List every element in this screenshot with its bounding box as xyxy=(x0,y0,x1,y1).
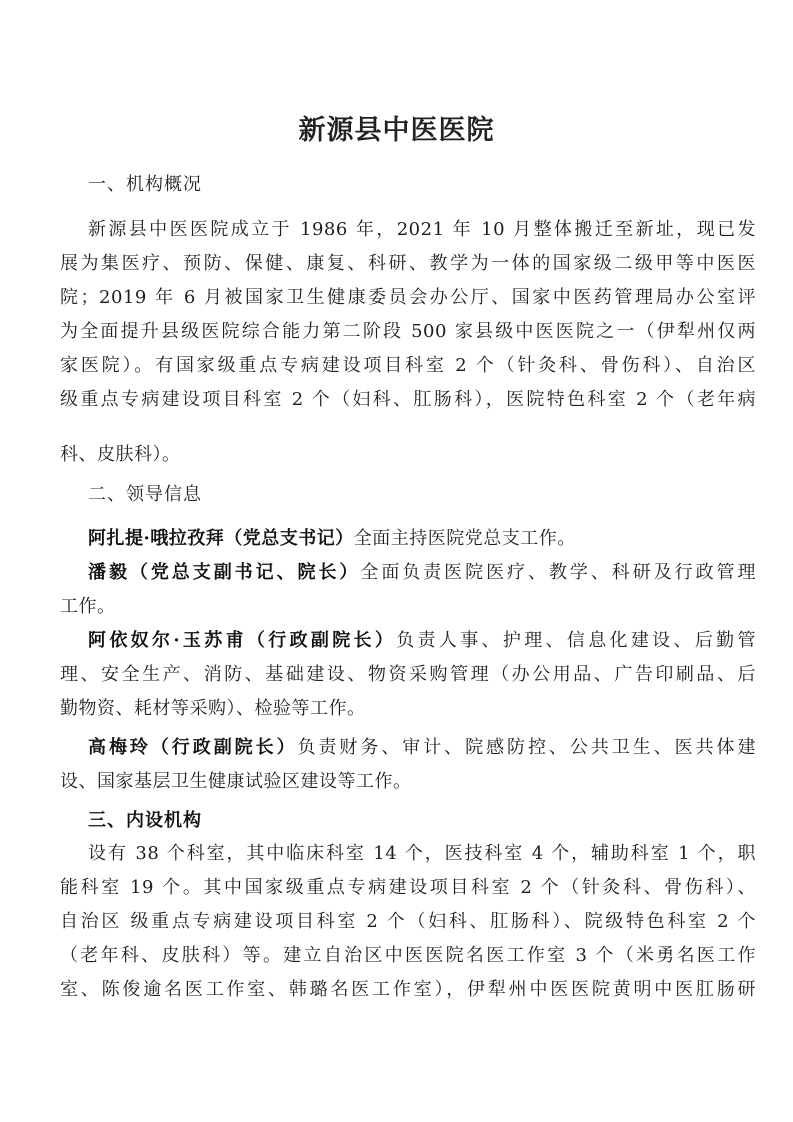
paragraph-line: 展为集医疗、预防、保健、康复、科研、教学为一体的国家级二级甲等中医医 xyxy=(60,253,756,275)
paragraph-line: 级重点专病建设项目科室 2 个（妇科、肛肠科），医院特色科室 2 个（老年病 xyxy=(60,389,756,411)
paragraph-line: 院；2019 年 6 月被国家卫生健康委员会办公厅、国家中医药管理局办公室评 xyxy=(60,287,756,309)
leader-duties: 负责人事、护理、信息化建设、后勤管 xyxy=(396,630,756,651)
leader-entry: 高梅玲（行政副院长）负责财务、审计、院感防控、公共卫生、医共体建 xyxy=(88,737,756,759)
leader-name-role: 潘毅（党总支副书记、院长） xyxy=(88,562,360,583)
section-heading-overview: 一、机构概况 xyxy=(88,170,202,196)
leader-duties: 全面负责医院医疗、教学、科研及行政管理 xyxy=(360,562,756,583)
paragraph-line: 能科室 19 个。其中国家级重点专病建设项目科室 2 个（针灸科、骨伤科）、 xyxy=(60,877,756,899)
paragraph-line: 室、陈俊逾名医工作室、韩璐名医工作室），伊犁州中医医院黄明中医肛肠研 xyxy=(60,979,756,1001)
leader-duties: 全面主持医院党总支工作。 xyxy=(354,528,576,549)
paragraph-line: 科、皮肤科）。 xyxy=(60,444,756,466)
section-heading-departments: 三、内设机构 xyxy=(88,806,202,832)
leader-name-role: 阿扎提·哦拉孜拜（党总支书记） xyxy=(88,528,354,549)
leader-duties: 负责财务、审计、院感防控、公共卫生、医共体建 xyxy=(298,737,756,758)
leader-entry: 潘毅（党总支副书记、院长）全面负责医院医疗、教学、科研及行政管理 xyxy=(88,562,756,584)
paragraph-line: 工作。 xyxy=(60,596,756,618)
paragraph-line: 理、安全生产、消防、基础建设、物资采购管理（办公用品、广告印刷品、后 xyxy=(60,664,756,686)
paragraph-line: （老年科、皮肤科）等。建立自治区中医医院名医工作室 3 个（米勇名医工作 xyxy=(60,945,756,967)
paragraph-line: 家医院）。有国家级重点专病建设项目科室 2 个（针灸科、骨伤科）、自治区 xyxy=(60,355,756,377)
paragraph-line: 新源县中医医院成立于 1986 年，2021 年 10 月整体搬迁至新址，现已发 xyxy=(88,219,756,241)
leader-entry: 阿依奴尔·玉苏甫（行政副院长）负责人事、护理、信息化建设、后勤管 xyxy=(88,630,756,652)
leader-name-role: 高梅玲（行政副院长） xyxy=(88,737,298,758)
paragraph-line: 自治区 级重点专病建设项目科室 2 个（妇科、肛肠科）、院级特色科室 2 个 xyxy=(60,911,756,933)
leader-name-role: 阿依奴尔·玉苏甫（行政副院长） xyxy=(88,630,396,651)
paragraph-line: 为全面提升县级医院综合能力第二阶段 500 家县级中医医院之一（伊犁州仅两 xyxy=(60,321,756,343)
paragraph-line: 设、国家基层卫生健康试验区建设等工作。 xyxy=(60,771,756,793)
section-heading-leadership: 二、领导信息 xyxy=(88,480,202,506)
leader-entry: 阿扎提·哦拉孜拜（党总支书记）全面主持医院党总支工作。 xyxy=(88,528,756,550)
paragraph-line: 勤物资、耗材等采购）、检验等工作。 xyxy=(60,698,756,720)
document-page: 新源县中医医院 一、机构概况 新源县中医医院成立于 1986 年，2021 年 … xyxy=(0,0,793,1122)
paragraph-line: 设有 38 个科室，其中临床科室 14 个，医技科室 4 个，辅助科室 1 个，… xyxy=(88,843,756,865)
page-title: 新源县中医医院 xyxy=(0,108,793,147)
